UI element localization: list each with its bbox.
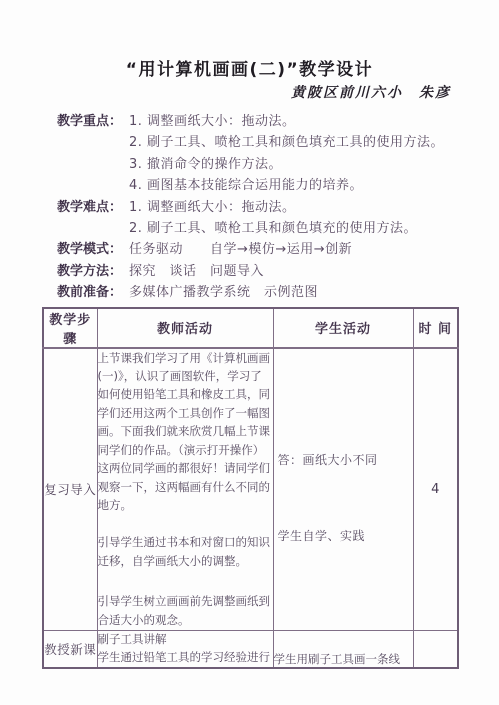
- meta-text: 1. 调整画纸大小：拖动法。: [129, 197, 296, 218]
- meta-line-key-points-3: 3. 撤消命令的操作方法。: [57, 154, 499, 175]
- teacher-activity-cell: 刷子工具讲解 学生通过铅笔工具的学习经验进行: [97, 631, 273, 668]
- student-activity-cell: 答：画纸大小不同 学生自学、实践: [273, 348, 413, 631]
- meta-line-preparation: 教前准备： 多媒体广播教学系统 示例范图: [57, 282, 499, 303]
- header-time: 时 间: [413, 308, 458, 348]
- lesson-plan-table: 教学步骤 教师活动 学生活动 时 间 复习导入 上节课我们学习了用《计算机画画 …: [42, 307, 459, 669]
- meta-text: 探究 谈话 问题导入: [129, 261, 264, 282]
- table-header-row: 教学步骤 教师活动 学生活动 时 间: [43, 308, 458, 348]
- time-cell: 4: [413, 348, 458, 631]
- meta-line-key-points-4: 4. 画图基本技能综合运用能力的培养。: [57, 175, 499, 196]
- meta-label: [57, 218, 129, 239]
- header-teaching-steps: 教学步骤: [43, 308, 97, 348]
- header-student-activity: 学生活动: [273, 308, 413, 348]
- author-byline: 黄陂区前川六小 朱彦: [0, 84, 499, 102]
- meta-line-difficulties-1: 教学难点： 1. 调整画纸大小：拖动法。: [57, 197, 499, 218]
- teacher-paragraph-3: 引导学生树立画画前先调整画纸到 合适大小的观念。: [98, 592, 273, 629]
- meta-text: 4. 画图基本技能综合运用能力的培养。: [129, 175, 363, 196]
- header-teacher-activity: 教师活动: [97, 308, 273, 348]
- meta-label: 教学重点：: [57, 111, 129, 132]
- meta-line-mode: 教学模式： 任务驱动 自学→模仿→运用→创新: [57, 239, 499, 260]
- meta-section: 教学重点： 1. 调整画纸大小：拖动法。 2. 刷子工具、喷枪工具和颜色填充工具…: [57, 111, 499, 304]
- table-row: 教授新课 刷子工具讲解 学生通过铅笔工具的学习经验进行 学生用刷子工具画一条线: [43, 631, 458, 668]
- meta-text: 1. 调整画纸大小：拖动法。: [129, 111, 296, 132]
- meta-label: [57, 154, 129, 175]
- time-cell: [413, 631, 458, 668]
- student-activity-cell: 学生用刷子工具画一条线: [273, 631, 413, 668]
- meta-label: 教学方法：: [57, 261, 129, 282]
- meta-label: [57, 175, 129, 196]
- page-title: “用计算机画画(二)”教学设计: [0, 0, 499, 83]
- teacher-paragraph-1: 上节课我们学习了用《计算机画画 (一)》，认识了画图软件，学习了 如何使用铅笔工…: [98, 349, 273, 515]
- teacher-paragraph-2: 引导学生通过书本和对窗口的知识 迁移，自学画纸大小的调整。: [98, 533, 273, 570]
- document-page: “用计算机画画(二)”教学设计 黄陂区前川六小 朱彦 教学重点： 1. 调整画纸…: [0, 0, 499, 705]
- meta-label: [57, 132, 129, 153]
- meta-label: 教前准备：: [57, 282, 129, 303]
- meta-line-key-points-1: 教学重点： 1. 调整画纸大小：拖动法。: [57, 111, 499, 132]
- step-cell-review-intro: 复习导入: [43, 348, 97, 631]
- meta-text: 3. 撤消命令的操作方法。: [129, 154, 282, 175]
- table-row: 复习导入 上节课我们学习了用《计算机画画 (一)》，认识了画图软件，学习了 如何…: [43, 348, 458, 631]
- teacher-activity-cell: 上节课我们学习了用《计算机画画 (一)》，认识了画图软件，学习了 如何使用铅笔工…: [97, 348, 273, 631]
- meta-line-difficulties-2: 2. 刷子工具、喷枪工具和颜色填充的使用方法。: [57, 218, 499, 239]
- student-answer: 答：画纸大小不同: [278, 451, 378, 468]
- step-cell-new-lesson: 教授新课: [43, 631, 97, 668]
- meta-line-method: 教学方法： 探究 谈话 问题导入: [57, 261, 499, 282]
- meta-line-key-points-2: 2. 刷子工具、喷枪工具和颜色填充工具的使用方法。: [57, 132, 499, 153]
- meta-text: 多媒体广播教学系统 示例范图: [129, 282, 318, 303]
- meta-text: 2. 刷子工具、喷枪工具和颜色填充工具的使用方法。: [129, 132, 444, 153]
- meta-text: 2. 刷子工具、喷枪工具和颜色填充的使用方法。: [129, 218, 417, 239]
- student-practice: 学生自学、实践: [278, 527, 366, 544]
- meta-label: 教学模式：: [57, 239, 129, 260]
- meta-label: 教学难点：: [57, 197, 129, 218]
- meta-text: 任务驱动 自学→模仿→运用→创新: [129, 239, 352, 260]
